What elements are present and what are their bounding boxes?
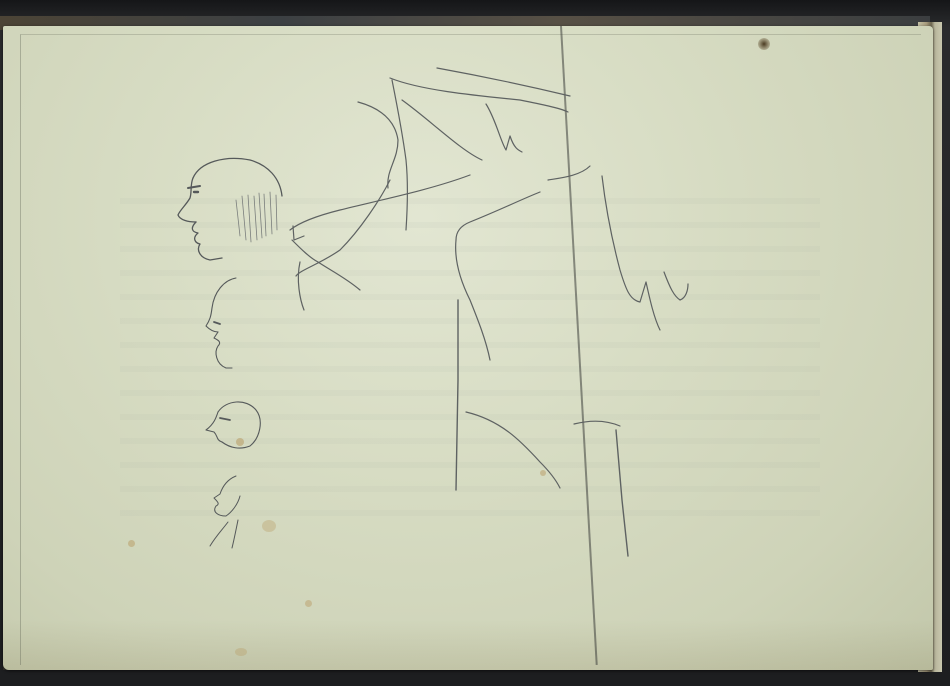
pencil-sketches <box>0 0 950 686</box>
profile-head-round <box>206 402 260 448</box>
profile-head-large <box>178 158 282 260</box>
profile-head-bust <box>210 476 240 548</box>
winged-figure-sketch <box>290 68 688 556</box>
book-photo: Pencil sketches on an aged book page <box>0 0 950 686</box>
profile-head-small <box>206 278 236 368</box>
